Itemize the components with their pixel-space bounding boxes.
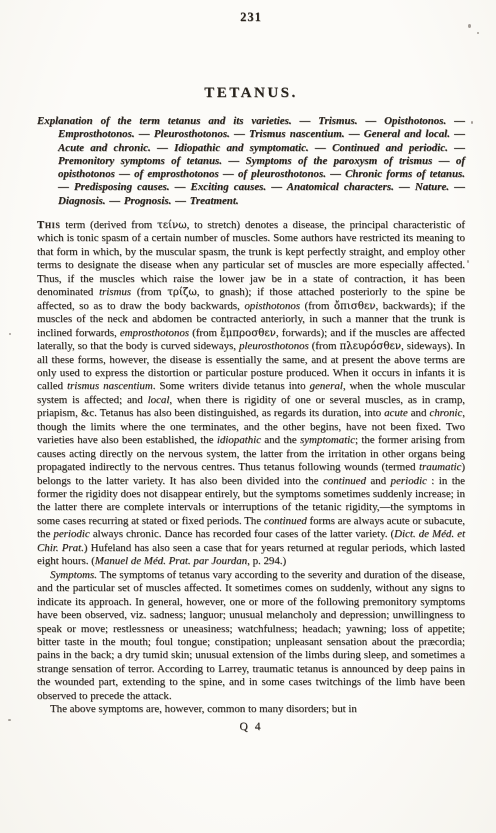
scanned-book-page: 231 TETANUS. Explanation of the term tet… [0, 0, 496, 833]
symptoms-paragraph: Symptoms. The symptoms of tetanus vary a… [37, 569, 465, 704]
scan-artifact [468, 24, 471, 28]
closing-line-paragraph: The above symptoms are, however, common … [37, 703, 465, 716]
scan-artifact [9, 333, 11, 335]
scan-artifact [467, 260, 469, 263]
scan-artifact [471, 121, 473, 124]
intro-paragraph: This term (derived from τείνω, to stretc… [37, 219, 465, 569]
printers-signature-mark: Q 4 [37, 721, 465, 733]
page-number: 231 [37, 10, 465, 25]
scan-artifact [477, 32, 479, 34]
chapter-summary: Explanation of the term tetanus and its … [37, 115, 465, 208]
chapter-title: TETANUS. [37, 85, 465, 102]
text-block: 231 TETANUS. Explanation of the term tet… [37, 10, 465, 733]
scan-artifact [8, 719, 11, 721]
